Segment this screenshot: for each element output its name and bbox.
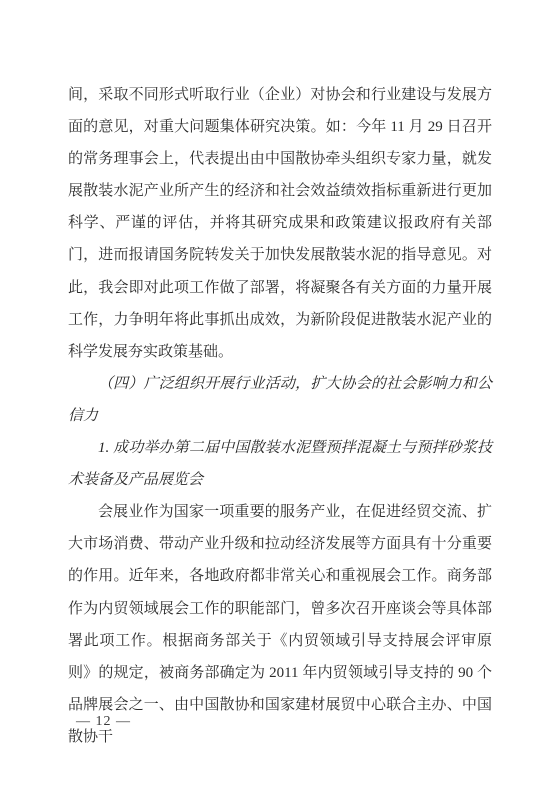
- document-page: 间，采取不同形式听取行业（企业）对协会和行业建设与发展方面的意见，对重大问题集体…: [0, 0, 560, 800]
- page-number: — 12 —: [76, 711, 131, 733]
- text-block: 间，采取不同形式听取行业（企业）对协会和行业建设与发展方面的意见，对重大问题集体…: [68, 79, 492, 753]
- subsection-heading-1: 1. 成功举办第二届中国散装水泥暨预拌混凝土与预拌砂浆技术装备及产品展览会: [68, 432, 492, 496]
- body-paragraph-exhibition: 会展业作为国家一项重要的服务产业，在促进经贸交流、扩大市场消费、带动产业升级和拉…: [68, 496, 492, 753]
- section-heading-4: （四）广泛组织开展行业活动，扩大协会的社会影响力和公信力: [68, 368, 492, 432]
- body-paragraph-continued: 间，采取不同形式听取行业（企业）对协会和行业建设与发展方面的意见，对重大问题集体…: [68, 79, 492, 368]
